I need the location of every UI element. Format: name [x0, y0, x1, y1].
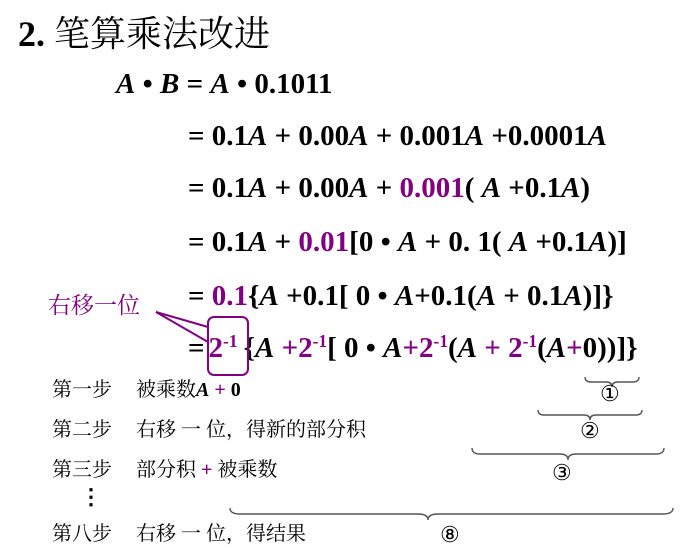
step-tail: 被乘数 — [217, 459, 277, 481]
var-a: A — [196, 379, 209, 401]
plus-op: + — [214, 379, 225, 401]
step-text: 右移 一 位，得结果 — [136, 523, 306, 545]
step-text: 被乘数 — [136, 379, 196, 401]
step-2: 第二步右移 一 位，得新的部分积 — [52, 416, 366, 444]
step-text: 部分积 — [136, 459, 196, 481]
vertical-ellipsis: ⋮ — [80, 486, 102, 508]
brace-label-2: ② — [580, 418, 600, 444]
brace-label-8: ⑧ — [440, 522, 460, 548]
brace-label-3: ③ — [552, 460, 572, 486]
step-text: 右移 一 位，得新的部分积 — [136, 419, 366, 441]
step-tail: 0 — [231, 379, 241, 401]
step-1: 第一步被乘数A + 0 — [52, 376, 241, 404]
brace-label-1: ① — [600, 381, 620, 407]
step-8: 第八步右移 一 位，得结果 — [52, 520, 306, 548]
step-tag: 第一步 — [52, 376, 136, 404]
plus-op: + — [201, 459, 212, 481]
brace-3 — [472, 448, 664, 460]
step-3: 第三步部分积 + 被乘数 — [52, 456, 277, 484]
step-tag: 第二步 — [52, 416, 136, 444]
brace-8 — [230, 508, 673, 520]
step-tag: 第八步 — [52, 520, 136, 548]
callout-box — [156, 312, 248, 375]
step-tag: 第三步 — [52, 456, 136, 484]
